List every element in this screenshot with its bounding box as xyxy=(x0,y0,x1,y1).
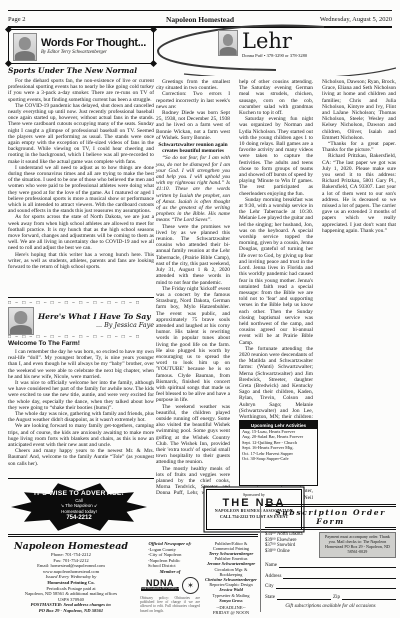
name-field-row: Name xyxy=(265,562,396,568)
article-paragraph: As for sports across the state of North … xyxy=(8,214,154,251)
article-paragraph: Cheers and many happy years to the newes… xyxy=(8,448,154,467)
lehr-paragraph: Saturday evening fun night was organized… xyxy=(239,116,313,197)
masthead-postage: Napoleon, ND 58561 & additional mailing … xyxy=(8,591,134,597)
staff-name: Sonya Gross xyxy=(204,598,258,603)
sports-article-text: For the diehard sports fan, the non-exis… xyxy=(8,78,154,296)
gift-subscriptions-note: Gift subscriptions available for all occ… xyxy=(265,604,396,609)
editor-photo xyxy=(13,33,37,61)
zip-label: Zip xyxy=(333,595,340,600)
ndna-letters: NDNA xyxy=(141,579,179,587)
bottom-divider xyxy=(8,534,258,537)
subscription-form: Subscription Order Form $34⁰⁰ North Dako… xyxy=(265,504,396,609)
city-blank-line xyxy=(276,583,396,589)
masthead-box: Napoleon Homestead Phone: 701-754-2212 F… xyxy=(8,541,134,614)
staff-entry: Reporter/Graphic Design Jessica Wald xyxy=(204,582,258,592)
lehr-paragraph: “So do not fear, for I am with you, do n… xyxy=(156,155,230,223)
lehr-paragraph: The Friday night 'kickoff' event was a c… xyxy=(156,286,230,404)
lehr-paragraph: “Thanks for a great paper. Thanks for th… xyxy=(322,141,396,153)
staff-entries: Publisher/Editor & Commercial Printing T… xyxy=(204,541,258,603)
article-title-welcome: Welcome To The Farm! xyxy=(8,340,154,347)
official-items: -Logan County-City of Napoleon-Napoleon … xyxy=(140,547,200,569)
address-field-row: Address xyxy=(265,573,396,579)
upcoming-items: Aug. 15-Luau, Hearts ForeverAug. 20-Sala… xyxy=(240,429,317,461)
column-byline: By Editor Terry Schwartzenberger xyxy=(41,50,146,55)
welcome-article-text: I can remember the day he was born, so e… xyxy=(8,349,154,476)
price-list: $34⁰⁰ North Dakota$39⁰⁰ Elsewhere$37⁰⁰ S… xyxy=(265,532,316,558)
ad-headline: IT'S WISE TO ADVERTISE! xyxy=(8,490,150,497)
lehr-paragraph: Greetings from the smallest city situate… xyxy=(156,79,230,91)
name-blank-line xyxy=(279,562,396,568)
lehr-title: Lehr xyxy=(242,30,307,52)
lehr-paragraph: Rodney Diede was born Sept 25, 1938, not… xyxy=(156,110,230,141)
member-of-label: Member of xyxy=(140,569,200,575)
issue-date: Wednesday, August 5, 2020 xyxy=(296,16,392,23)
state-zip-field-row: State Zip xyxy=(265,594,396,600)
upcoming-events-box: Upcoming Lehr Activities Aug. 15-Luau, H… xyxy=(239,420,318,486)
ad-phone: 754-2212 xyxy=(8,515,150,521)
page-number: Page 2 xyxy=(8,16,104,23)
upcoming-box-title: Upcoming Lehr Activities xyxy=(240,421,317,429)
ornament-border-top: □ ~ □ ~ □ ~ □ ~ □ ~ □ ~ □ ~ □ ~ □ ~ □ xyxy=(8,301,154,306)
staff-role: Publisher/Editor & Commercial Printing xyxy=(204,541,258,551)
lehr-paragraph: These were the promises we lived by as w… xyxy=(156,224,230,286)
article-paragraph: I understand we all need to adjust as to… xyxy=(8,165,154,215)
column-byline: ... By Jessica Faye xyxy=(38,321,154,329)
masthead-name: Napoleon Homestead xyxy=(8,541,134,552)
staff-box: Publisher/Editor & Commercial Printing T… xyxy=(204,541,258,615)
column-title: Here's What I Have To Say xyxy=(38,312,154,321)
words-for-thought-header: Words For Thought... By Editor Terry Sch… xyxy=(8,29,154,64)
masthead-postmaster: PO Box 29 - Napoleon, ND 58561 xyxy=(8,608,134,614)
ad-line: Homestead today! xyxy=(8,509,150,514)
lehr-paragraph: The weekend weather was beautiful, the c… xyxy=(156,404,230,466)
ndna-logo: NDNA NORTH DAKOTA NEWSPAPER ASSOCIATION xyxy=(141,579,179,591)
newspaper-page: Page 2 Napoleon Homestead Wednesday, Aug… xyxy=(0,0,400,618)
state-blank-line xyxy=(277,594,331,600)
paper-title: Napoleon Homestead xyxy=(104,15,296,24)
association-seal-icon: ✶ xyxy=(182,577,199,594)
lehr-paragraph: Richard Pritzkau, Bakersfield, CA: “The … xyxy=(322,153,396,234)
state-label: State xyxy=(265,595,275,600)
heres-what-header: □ ~ □ ~ □ ~ □ ~ □ ~ □ ~ □ ~ □ ~ □ ~ □ He… xyxy=(8,301,154,338)
article-paragraph: The whole day was nice, gathering with f… xyxy=(8,411,154,423)
article-paragraph: I can remember the day he was born, so e… xyxy=(8,349,154,380)
columnist-photo xyxy=(8,307,34,335)
ndna-tagline: NORTH DAKOTA NEWSPAPER ASSOCIATION xyxy=(141,587,179,591)
article-paragraph: We are looking forward to many family ge… xyxy=(8,423,154,448)
payment-note: Payment must accompany order. Thank you.… xyxy=(319,532,396,558)
vertical-divider xyxy=(260,506,261,612)
article-paragraph: It was nice to officially welcome her in… xyxy=(8,380,154,411)
price-item: $30⁰⁰ Online xyxy=(265,549,316,555)
name-label: Name xyxy=(265,563,277,568)
article-paragraph: For the diehard sports fan, the non-exis… xyxy=(8,78,154,103)
lehr-paragraph: Schwartzwalter reunion again creates bea… xyxy=(156,142,230,154)
zip-blank-line xyxy=(342,594,396,600)
subscription-title: Subscription Order Form xyxy=(265,504,396,530)
top-rule xyxy=(8,10,392,11)
section-divider xyxy=(8,478,154,479)
city-field-row: City xyxy=(265,583,396,589)
lehr-column-header: Lehr Donna Puff • 378-3290 or 378-3280 xyxy=(154,24,396,76)
deadline-value: FRIDAY @ NOON xyxy=(204,610,258,615)
address-label: Address xyxy=(265,574,281,579)
staff-entry: Typesetter & Mailing Sonya Gross xyxy=(204,593,258,603)
article-paragraph: The COVID-19 pandemic has delayed, shut … xyxy=(8,103,154,165)
official-title: Official Newspaper of: xyxy=(140,541,200,547)
address-blank-line xyxy=(283,573,396,579)
official-newspaper-box: Official Newspaper of: -Logan County-Cit… xyxy=(140,541,200,613)
article-paragraph: Here's hoping that this writer has a wro… xyxy=(8,252,154,271)
obituary-policy-note: Obituary policy: Obituaries are publishe… xyxy=(140,596,200,614)
staff-entry: Circulation Mgr. & Bookkeeping Christine… xyxy=(204,567,258,582)
correspondent-photo xyxy=(218,30,238,56)
staff-role: Circulation Mgr. & Bookkeeping xyxy=(204,567,258,577)
lehr-contact: Donna Puff • 378-3290 or 378-3280 xyxy=(242,53,307,58)
advertise-ad: IT'S WISE TO ADVERTISE! Call ↘ The Napol… xyxy=(8,481,150,533)
column-title: Words For Thought... xyxy=(41,38,146,50)
city-label: City xyxy=(265,584,274,589)
staff-entry: Publisher/Editor & Commercial Printing T… xyxy=(204,541,258,556)
lehr-paragraph: Sunday morning breakfast was at 9:30, wi… xyxy=(239,197,313,346)
lehr-paragraph: Correction: Two errors I reported incorr… xyxy=(156,91,230,110)
article-title-sports: Sports Under The New Normal xyxy=(8,66,154,75)
section-divider xyxy=(8,297,154,298)
staff-entry: Publisher Emeritus Jerome Schwartzenberg… xyxy=(204,556,258,566)
upcoming-item: Oct. 30-Soup Supper-Cafe xyxy=(243,456,317,461)
